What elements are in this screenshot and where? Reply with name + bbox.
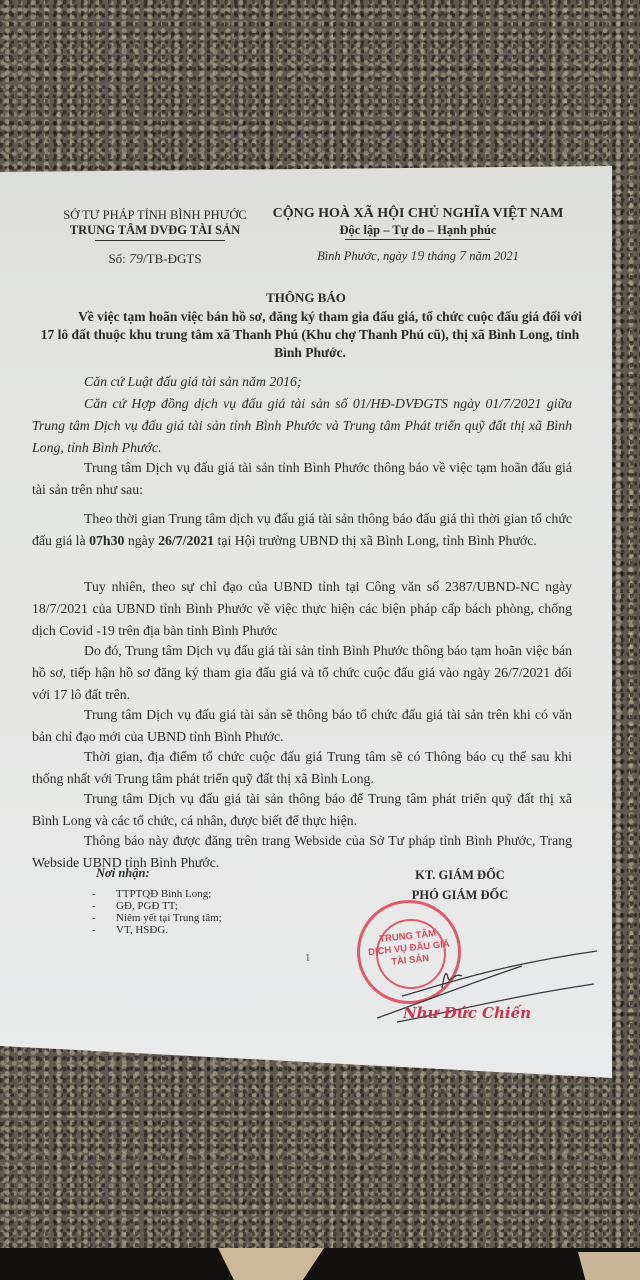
- auction-date: 26/7/2021: [158, 533, 214, 548]
- schedule-text: ngày: [124, 533, 158, 548]
- recipients-list: TTPTQĐ Bình Long; GĐ, PGĐ TT; Niêm yết t…: [92, 888, 222, 936]
- recipients-title: Nơi nhận:: [96, 866, 150, 881]
- wood-object: [218, 1248, 324, 1280]
- org-underline: [95, 226, 225, 241]
- schedule-paragraph: Theo thời gian Trung tâm dịch vụ đấu giá…: [32, 508, 572, 552]
- paragraph-future-notice: Trung tâm Dịch vụ đấu giá tài sản sẽ thô…: [32, 704, 572, 748]
- number-suffix: /TB-ĐGTS: [143, 251, 202, 266]
- document-title: THÔNG BÁO: [0, 290, 612, 306]
- date-day: 19: [410, 249, 424, 264]
- schedule-text: tại Hội trường UBND thị xã Bình Long, tỉ…: [214, 533, 537, 548]
- paragraph-notification: Trung tâm Dịch vụ đấu giá tài sản thông …: [32, 788, 572, 832]
- paragraph-postponement: Do đó, Trung tâm Dịch vụ đấu giá tài sản…: [32, 640, 572, 706]
- date-year: năm 2021: [469, 249, 519, 263]
- intro-paragraph: Trung tâm Dịch vụ đấu giá tài sản tỉnh B…: [32, 457, 572, 501]
- page-number: 1: [305, 952, 311, 964]
- document-paper: SỞ TƯ PHÁP TỈNH BÌNH PHƯỚC TRUNG TÂM DVĐ…: [0, 166, 612, 1078]
- legal-basis-2: Căn cứ Hợp đồng dịch vụ đấu giá tài sản …: [32, 393, 572, 459]
- table-edge-shadow: [0, 1248, 640, 1280]
- paragraph-covid-directive: Tuy nhiên, theo sự chỉ đạo của UBND tỉnh…: [32, 576, 572, 642]
- recipient-item: Niêm yết tại Trung tâm;: [92, 912, 222, 924]
- wood-object: [578, 1252, 640, 1280]
- date-prefix: Bình Phước, ngày: [317, 249, 407, 263]
- recipient-item: GĐ, PGĐ TT;: [92, 900, 222, 912]
- legal-basis-1: Căn cứ Luật đấu giá tài sản năm 2016;: [32, 371, 572, 393]
- number-handwritten: 79: [129, 252, 143, 267]
- document-date: Bình Phước, ngày 19 tháng 7 năm 2021: [268, 249, 568, 265]
- recipient-item: VT, HSĐG.: [92, 924, 222, 936]
- national-title: CỘNG HOÀ XÃ HỘI CHỦ NGHĨA VIỆT NAM: [268, 206, 568, 222]
- signer-name: Như Đức Chiến: [372, 1004, 562, 1022]
- number-prefix: Số:: [108, 251, 125, 266]
- document-subject: Về việc tạm hoãn việc bán hồ sơ, đăng ký…: [30, 308, 590, 362]
- document-number: Số: 79/TB-ĐGTS: [40, 251, 270, 268]
- recipient-item: TTPTQĐ Bình Long;: [92, 888, 222, 900]
- date-month: 7: [459, 249, 466, 264]
- issuing-authority: SỞ TƯ PHÁP TỈNH BÌNH PHƯỚC: [40, 208, 270, 223]
- national-motto: Độc lập – Tự do – Hạnh phúc: [268, 223, 568, 238]
- auction-time: 07h30: [89, 533, 124, 548]
- date-month-label: tháng: [428, 249, 456, 263]
- signature-title-1: KT. GIÁM ĐỐC: [380, 868, 540, 883]
- motto-underline: [345, 239, 490, 240]
- paragraph-time-location: Thời gian, địa điểm tổ chức cuộc đấu giá…: [32, 746, 572, 790]
